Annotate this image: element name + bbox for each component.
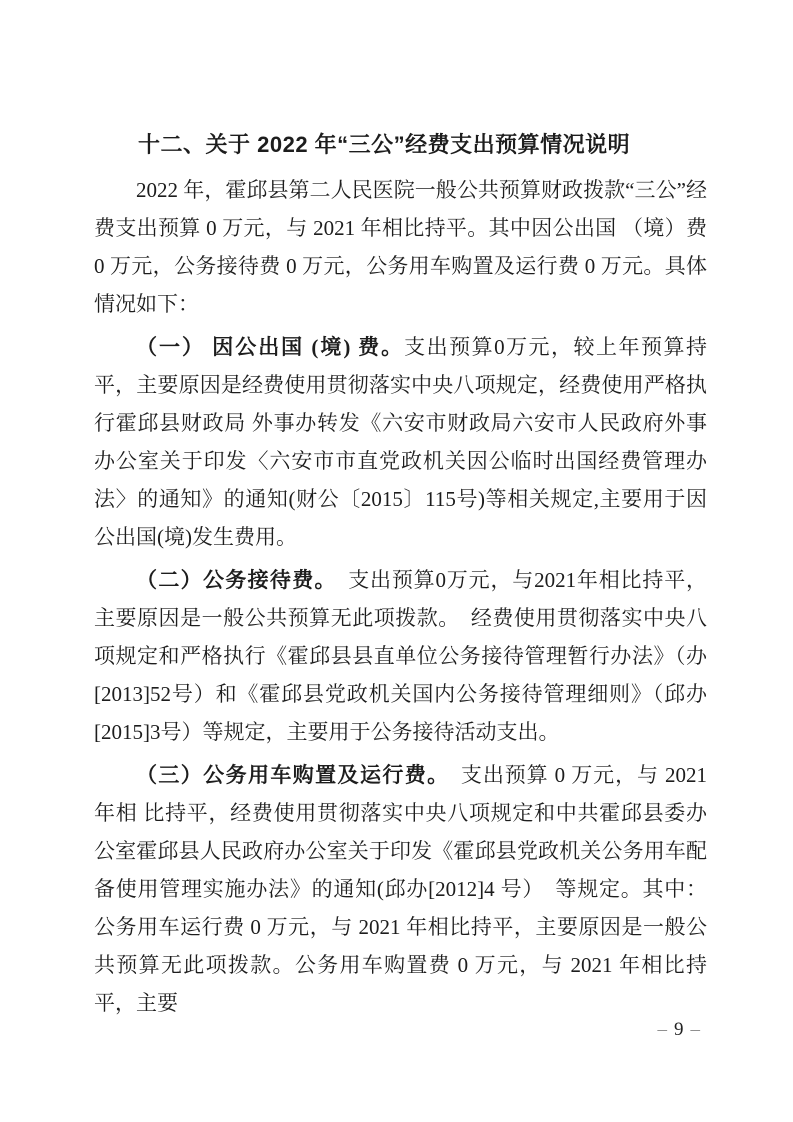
section-1-heading: （一） 因公出国 (境) 费。 [136, 335, 404, 359]
section-2-body: 支出预算0万元，与2021年相比持平，主要原因是一般公共预算无此项拨款。 经费使… [94, 568, 707, 744]
document-title-text: 十二、关于 2022 年“三公”经费支出预算情况说明 [138, 132, 630, 157]
section-2-heading: （二）公务接待费。 [136, 568, 326, 592]
paragraph-overview-text: 2022 年，霍邱县第二人民医院一般公共预算财政拨款“三公”经 费支出预算 0 … [94, 178, 707, 316]
section-1-body: 支出预算0万元，较上年预算持平，主要原因是经费使用贯彻落实中央八项规定，经费使用… [94, 335, 707, 549]
paragraph-section-1: （一） 因公出国 (境) 费。支出预算0万元，较上年预算持平，主要原因是经费使用… [94, 328, 707, 556]
paragraph-section-2: （二）公务接待费。 支出预算0万元，与2021年相比持平，主要原因是一般公共预算… [94, 561, 707, 751]
page-number-left-dash: – [658, 1019, 668, 1040]
paragraph-overview: 2022 年，霍邱县第二人民医院一般公共预算财政拨款“三公”经 费支出预算 0 … [94, 171, 707, 323]
document-title: 十二、关于 2022 年“三公”经费支出预算情况说明 [94, 126, 707, 164]
page-number: –9– [651, 1018, 708, 1042]
page-number-value: 9 [674, 1019, 684, 1040]
page-number-right-dash: – [691, 1019, 701, 1040]
paragraph-section-3: （三）公务用车购置及运行费。 支出预算 0 万元，与 2021 年相 比持平，经… [94, 756, 707, 1022]
section-3-heading: （三）公务用车购置及运行费。 [136, 763, 439, 787]
section-3-body: 支出预算 0 万元，与 2021 年相 比持平，经费使用贯彻落实中央八项规定和中… [94, 763, 707, 1015]
document-page: 十二、关于 2022 年“三公”经费支出预算情况说明 2022 年，霍邱县第二人… [0, 0, 793, 1122]
document-content: 十二、关于 2022 年“三公”经费支出预算情况说明 2022 年，霍邱县第二人… [94, 126, 707, 1022]
